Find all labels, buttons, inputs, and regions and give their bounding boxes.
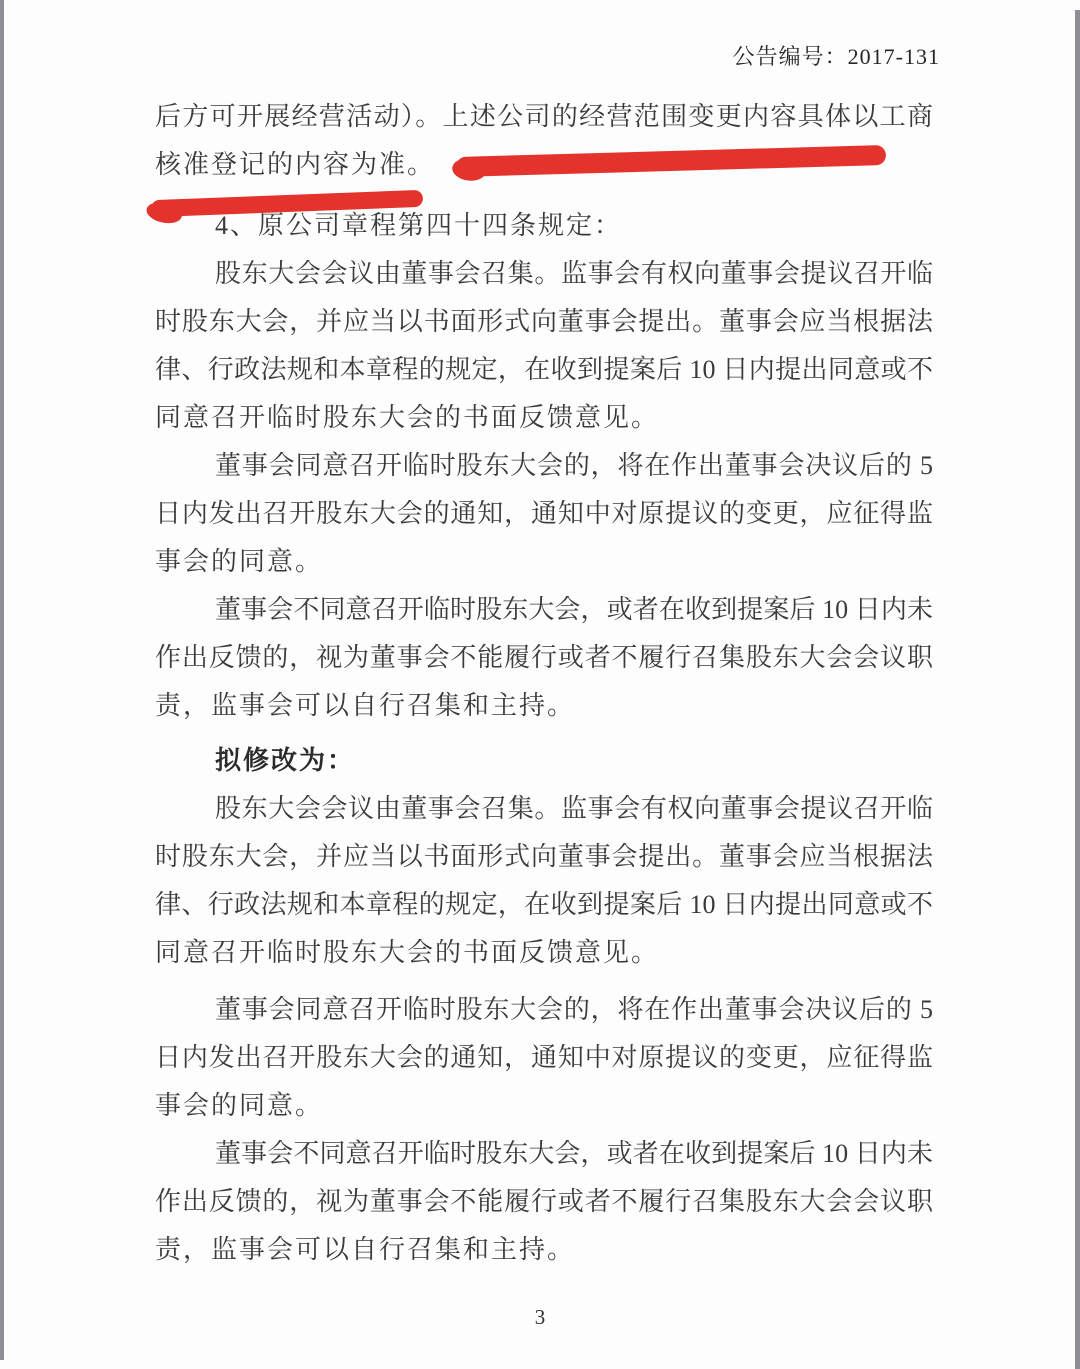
text-line: 后方可开展经营活动）。上述公司的经营范围变更内容具体以工商: [155, 93, 933, 141]
text-line: 责，监事会可以自行召集和主持。: [155, 1226, 933, 1274]
announcement-number: 公告编号：2017-131: [733, 40, 940, 71]
text-line: 董事会不同意召开临时股东大会，或者在收到提案后 10 日内未: [155, 1130, 933, 1178]
text-line: 董事会同意召开临时股东大会的，将在作出董事会决议后的 5: [155, 986, 933, 1034]
text-line: 时股东大会，并应当以书面形式向董事会提出。董事会应当根据法: [155, 298, 933, 346]
text-line: 股东大会会议由董事会召集。监事会有权向董事会提议召开临: [155, 250, 933, 298]
text-line: 日内发出召开股东大会的通知，通知中对原提议的变更，应征得监: [155, 490, 933, 538]
text-line: 同意召开临时股东大会的书面反馈意见。: [155, 929, 933, 977]
text-line: 拟修改为：: [155, 737, 933, 785]
text-line: 作出反馈的，视为董事会不能履行或者不履行召集股东大会会议职: [155, 1178, 933, 1226]
text-line: 股东大会会议由董事会召集。监事会有权向董事会提议召开临: [155, 785, 933, 833]
document-page: 公告编号：2017-131 后方可开展经营活动）。上述公司的经营范围变更内容具体…: [0, 0, 1080, 1369]
text-line: 作出反馈的，视为董事会不能履行或者不履行召集股东大会会议职: [155, 634, 933, 682]
text-line: 律、行政法规和本章程的规定，在收到提案后 10 日内提出同意或不: [155, 346, 933, 394]
text-line: 同意召开临时股东大会的书面反馈意见。: [155, 394, 933, 442]
document-body: 后方可开展经营活动）。上述公司的经营范围变更内容具体以工商核准登记的内容为准。4…: [155, 93, 933, 1274]
text-line: 董事会同意召开临时股东大会的，将在作出董事会决议后的 5: [155, 442, 933, 490]
page-number: 3: [535, 1305, 546, 1330]
text-line: 事会的同意。: [155, 538, 933, 586]
scan-edge-right: [1075, 10, 1080, 1369]
text-line: 责，监事会可以自行召集和主持。: [155, 682, 933, 730]
scan-edge-left: [0, 0, 4, 1360]
text-line: 时股东大会，并应当以书面形式向董事会提出。董事会应当根据法: [155, 833, 933, 881]
text-line: 律、行政法规和本章程的规定，在收到提案后 10 日内提出同意或不: [155, 881, 933, 929]
text-line: 日内发出召开股东大会的通知，通知中对原提议的变更，应征得监: [155, 1034, 933, 1082]
text-line: 董事会不同意召开临时股东大会，或者在收到提案后 10 日内未: [155, 586, 933, 634]
text-line: 事会的同意。: [155, 1082, 933, 1130]
